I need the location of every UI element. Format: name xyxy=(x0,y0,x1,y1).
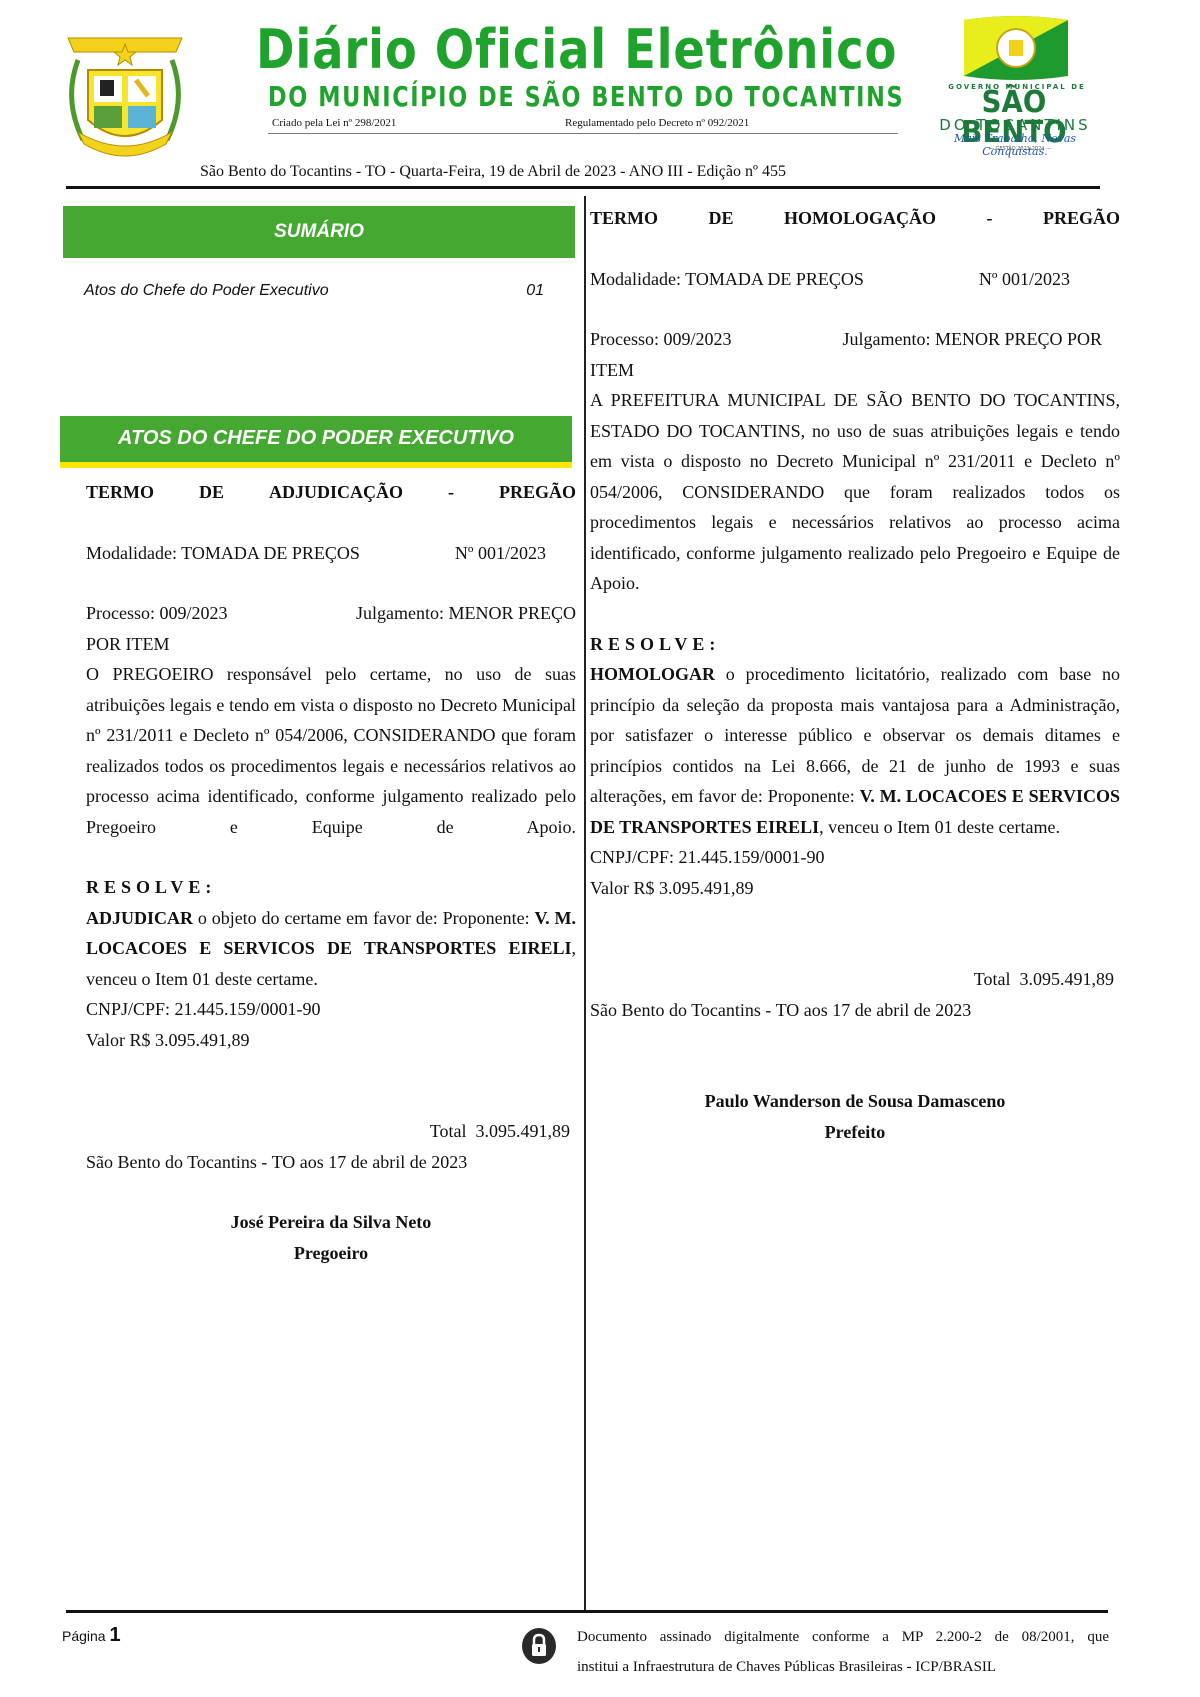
signer-role: Prefeito xyxy=(590,1117,1120,1148)
resolution-text: ADJUDICAR o objeto do certame em favor d… xyxy=(86,903,576,995)
edition-dateline: São Bento do Tocantins - TO - Quarta-Fei… xyxy=(200,163,786,181)
article-body: O PREGOEIRO responsável pelo certame, no… xyxy=(86,659,576,842)
lock-icon xyxy=(522,1628,556,1664)
modalidade-line: Modalidade: TOMADA DE PREÇOS Nº 001/2023 xyxy=(590,264,1120,295)
signer-role: Pregoeiro xyxy=(86,1238,576,1269)
resolve-heading: RESOLVE: xyxy=(86,872,576,903)
signer-name: Paulo Wanderson de Sousa Damasceno xyxy=(590,1086,1120,1117)
place-date: São Bento do Tocantins - TO aos 17 de ab… xyxy=(590,995,1120,1026)
valor: Valor R$ 3.095.491,89 xyxy=(86,1025,576,1056)
coat-of-arms-icon xyxy=(58,20,192,160)
modalidade-line: Modalidade: TOMADA DE PREÇOS Nº 001/2023 xyxy=(86,538,576,569)
gov-logo-term: — GESTÃO 2021-2024 — xyxy=(950,146,1090,152)
footer-rule xyxy=(66,1610,1108,1613)
valor: Valor R$ 3.095.491,89 xyxy=(590,873,1120,904)
article-body: A PREFEITURA MUNICIPAL DE SÃO BENTO DO T… xyxy=(590,385,1120,599)
municipal-flag-icon xyxy=(964,16,1068,80)
newspaper-subtitle: DO MUNICÍPIO DE SÃO BENTO DO TOCANTINS xyxy=(268,80,904,113)
gov-logo-slogan: Mais Trabalho, Novas Conquistas. xyxy=(930,132,1100,158)
resolve-heading: RESOLVE: xyxy=(590,629,1120,660)
cnpj: CNPJ/CPF: 21.445.159/0001-90 xyxy=(590,842,1120,873)
creation-law: Criado pela Lei nº 298/2021 xyxy=(272,117,396,129)
article-title: TERMO DE HOMOLOGAÇÃO - PREGÃO xyxy=(590,203,1120,234)
article-title: TERMO DE ADJUDICAÇÃO - PREGÃO xyxy=(86,477,576,508)
column-divider xyxy=(584,196,586,1610)
header-divider xyxy=(268,133,898,134)
summary-item-label: Atos do Chefe do Poder Executivo xyxy=(84,282,329,299)
summary-item-page: 01 xyxy=(526,282,544,300)
total: Total 3.095.491,89 xyxy=(86,1116,576,1147)
resolution-text: HOMOLOGAR o procedimento licitatório, re… xyxy=(590,659,1120,842)
summary-banner: SUMÁRIO xyxy=(63,206,575,258)
newspaper-title: Diário Oficial Eletrônico xyxy=(256,18,824,82)
processo-line: Processo: 009/2023 Julgamento: MENOR PRE… xyxy=(86,598,576,629)
homologacao-article: TERMO DE HOMOLOGAÇÃO - PREGÃO Modalidade… xyxy=(590,203,1120,1147)
cnpj: CNPJ/CPF: 21.445.159/0001-90 xyxy=(86,994,576,1025)
adjudicacao-article: TERMO DE ADJUDICAÇÃO - PREGÃO Modalidade… xyxy=(86,477,576,1268)
total: Total 3.095.491,89 xyxy=(590,964,1120,995)
place-date: São Bento do Tocantins - TO aos 17 de ab… xyxy=(86,1147,576,1178)
page-number: Página 1 xyxy=(62,1624,121,1647)
regulation-decree: Regulamentado pelo Decreto nº 092/2021 xyxy=(565,117,749,129)
signer-name: José Pereira da Silva Neto xyxy=(86,1207,576,1238)
digital-signature-notice: Documento assinado digitalmente conforme… xyxy=(577,1622,1109,1682)
summary-item[interactable]: Atos do Chefe do Poder Executivo 01 xyxy=(84,282,544,300)
header-rule xyxy=(66,186,1100,189)
processo-line: Processo: 009/2023 Julgamento: MENOR PRE… xyxy=(590,324,1120,355)
section-banner: ATOS DO CHEFE DO PODER EXECUTIVO xyxy=(60,416,572,468)
